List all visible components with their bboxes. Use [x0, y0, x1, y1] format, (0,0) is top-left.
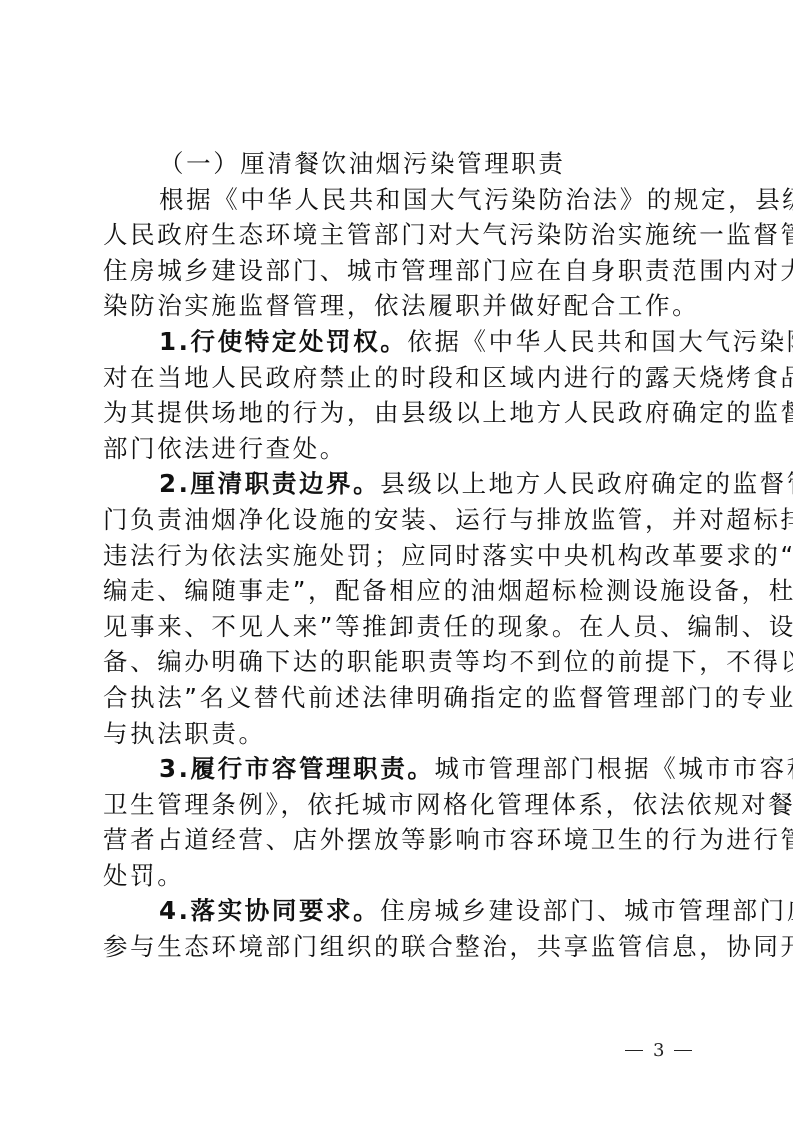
item-line: 备、编办明确下达的职能职责等均不到位的前提下，不得以“综 — [103, 644, 695, 680]
section-heading: （一）厘清餐饮油烟污染管理职责 — [103, 146, 695, 182]
intro-line: 人民政府生态环境主管部门对大气污染防治实施统一监督管理。 — [103, 217, 695, 253]
item-line: 卫生管理条例》，依托城市网格化管理体系，依法依规对餐饮经 — [103, 787, 695, 823]
item-1-first-line: 1.行使特定处罚权。依据《中华人民共和国大气污染防治法》， — [103, 324, 695, 360]
dash-left — [625, 1050, 643, 1052]
dash-right — [674, 1050, 692, 1052]
item-text: 城市管理部门根据《城市市容和环境 — [434, 754, 793, 783]
item-line: 编走、编随事走”，配备相应的油烟超标检测设施设备，杜绝“只 — [103, 573, 695, 609]
item-3-first-line: 3.履行市容管理职责。城市管理部门根据《城市市容和环境 — [103, 751, 695, 787]
item-line: 部门依法进行查处。 — [103, 431, 695, 467]
document-page: （一）厘清餐饮油烟污染管理职责 根据《中华人民共和国大气污染防治法》的规定，县级… — [0, 0, 793, 1122]
item-2-first-line: 2.厘清职责边界。县级以上地方人民政府确定的监督管理部 — [103, 466, 695, 502]
item-line: 对在当地人民政府禁止的时段和区域内进行的露天烧烤食品或 — [103, 360, 695, 396]
item-title: 1.行使特定处罚权。 — [159, 327, 407, 356]
page-number-value: 3 — [653, 1040, 664, 1061]
item-text: 依据《中华人民共和国大气污染防治法》， — [407, 327, 793, 356]
item-line: 处罚。 — [103, 858, 695, 894]
item-line: 营者占道经营、店外摆放等影响市容环境卫生的行为进行管理和 — [103, 822, 695, 858]
item-line: 门负责油烟净化设施的安装、运行与排放监管，并对超标排放等 — [103, 502, 695, 538]
item-line: 违法行为依法实施处罚；应同时落实中央机构改革要求的“人随 — [103, 538, 695, 574]
intro-line: 染防治实施监督管理，依法履职并做好配合工作。 — [103, 288, 695, 324]
page-number: 3 — [625, 1040, 692, 1061]
item-title: 3.履行市容管理职责。 — [159, 754, 434, 783]
item-line: 参与生态环境部门组织的联合整治，共享监管信息，协同开展宣 — [103, 929, 695, 965]
document-body: （一）厘清餐饮油烟污染管理职责 根据《中华人民共和国大气污染防治法》的规定，县级… — [103, 146, 695, 965]
item-line: 合执法”名义替代前述法律明确指定的监督管理部门的专业监管 — [103, 680, 695, 716]
intro-line: 住房城乡建设部门、城市管理部门应在自身职责范围内对大气污 — [103, 253, 695, 289]
item-line: 见事来、不见人来”等推卸责任的现象。在人员、编制、设施设 — [103, 609, 695, 645]
item-title: 2.厘清职责边界。 — [159, 469, 380, 498]
item-line: 为其提供场地的行为，由县级以上地方人民政府确定的监督管理 — [103, 395, 695, 431]
item-4-first-line: 4.落实协同要求。住房城乡建设部门、城市管理部门应主动 — [103, 893, 695, 929]
item-text: 住房城乡建设部门、城市管理部门应主动 — [380, 896, 793, 925]
intro-line: 根据《中华人民共和国大气污染防治法》的规定，县级以上 — [103, 182, 695, 218]
item-text: 县级以上地方人民政府确定的监督管理部 — [380, 469, 793, 498]
item-line: 与执法职责。 — [103, 716, 695, 752]
item-title: 4.落实协同要求。 — [159, 896, 380, 925]
